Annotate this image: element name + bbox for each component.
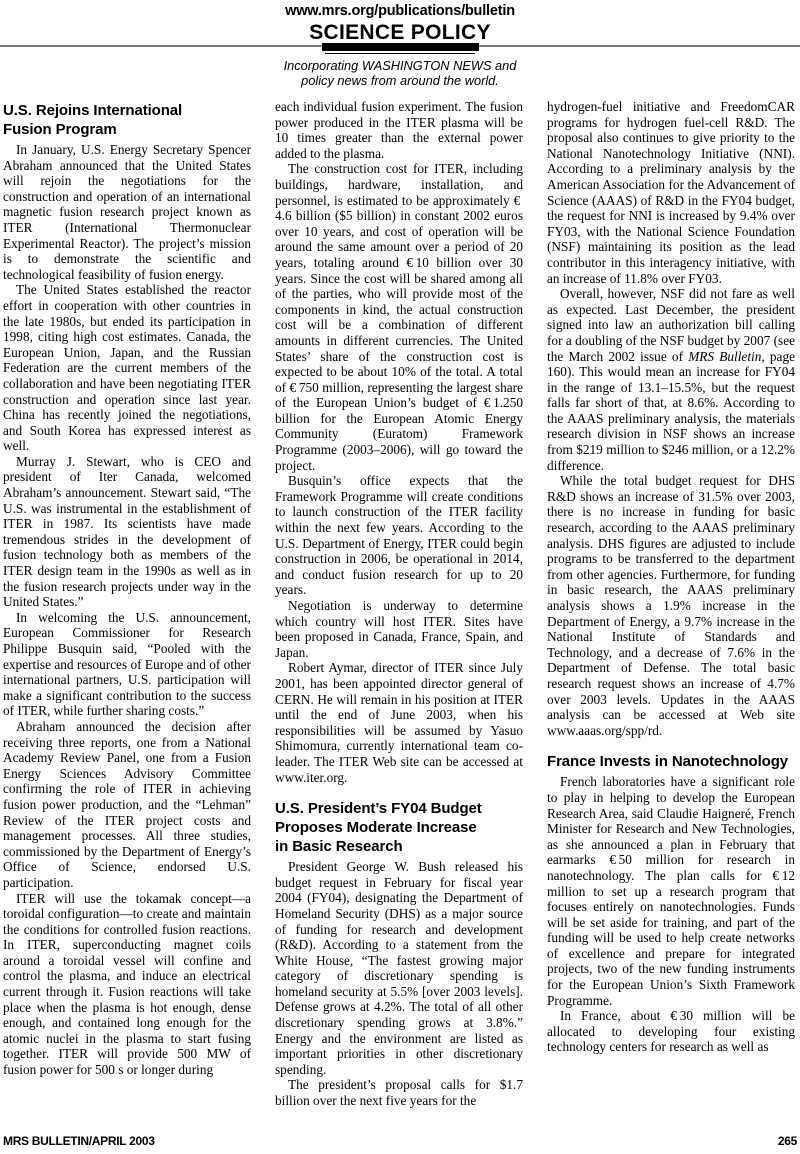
header-url: www.mrs.org/publications/bulletin [0,3,800,19]
italic-text: MRS Bulletin [688,349,761,364]
page-number: 265 [778,1134,797,1148]
paragraph: Murray J. Stewart, who is CEO and presid… [3,454,251,610]
paragraph: While the total budget request for DHS R… [547,473,795,738]
paragraph: The president’s proposal calls for $1.7 … [275,1077,523,1108]
article-columns: U.S. Rejoins International Fusion Progra… [0,99,800,1124]
paragraph: each individual fusion experiment. The f… [275,99,523,161]
paragraph: In January, U.S. Energy Secretary Spence… [3,142,251,282]
title-underline-thin [325,53,475,54]
paragraph: French laboratories have a significant r… [547,774,795,1008]
journal-issue-label: MRS BULLETIN/APRIL 2003 [3,1134,155,1148]
paragraph: Abraham announced the decision after rec… [3,719,251,891]
column-3: hydrogen-fuel initiative and FreedomCAR … [547,99,795,1124]
column-2: each individual fusion experiment. The f… [275,99,523,1124]
tagline-line-2: policy news from around the world. [0,74,800,89]
section-title: SCIENCE POLICY [0,22,800,43]
paragraph: Robert Aymar, director of ITER since Jul… [275,660,523,785]
paragraph: Busquin’s office expects that the Framew… [275,473,523,598]
paragraph: ITER will use the tokamak concept—a toro… [3,891,251,1078]
paragraph: Negotiation is underway to determine whi… [275,598,523,660]
paragraph: The United States established the reacto… [3,282,251,454]
tagline-line-1: Incorporating WASHINGTON NEWS and [0,59,800,74]
article-heading: U.S. Rejoins International Fusion Progra… [3,101,251,139]
column-1: U.S. Rejoins International Fusion Progra… [3,99,251,1124]
paragraph: The construction cost for ITER, includin… [275,161,523,473]
article-heading: U.S. President’s FY04 Budget Proposes Mo… [275,799,523,856]
magazine-page: www.mrs.org/publications/bulletin SCIENC… [0,0,800,1154]
article-heading: France Invests in Nanotechnology [547,752,795,771]
page-header: www.mrs.org/publications/bulletin SCIENC… [0,0,800,88]
paragraph: In welcoming the U.S. announcement, Euro… [3,610,251,719]
paragraph: President George W. Bush released his bu… [275,859,523,1077]
tagline: Incorporating WASHINGTON NEWS and policy… [0,59,800,88]
page-footer: MRS BULLETIN/APRIL 2003 265 [3,1134,797,1148]
text-run: , page 160). This would mean an increase… [547,349,795,473]
header-rule-row [0,43,800,51]
paragraph: Overall, however, NSF did not fare as we… [547,286,795,473]
paragraph: hydrogen-fuel initiative and FreedomCAR … [547,99,795,286]
title-underline-bar [322,43,479,51]
paragraph: In France, about € 30 million will be al… [547,1008,795,1055]
